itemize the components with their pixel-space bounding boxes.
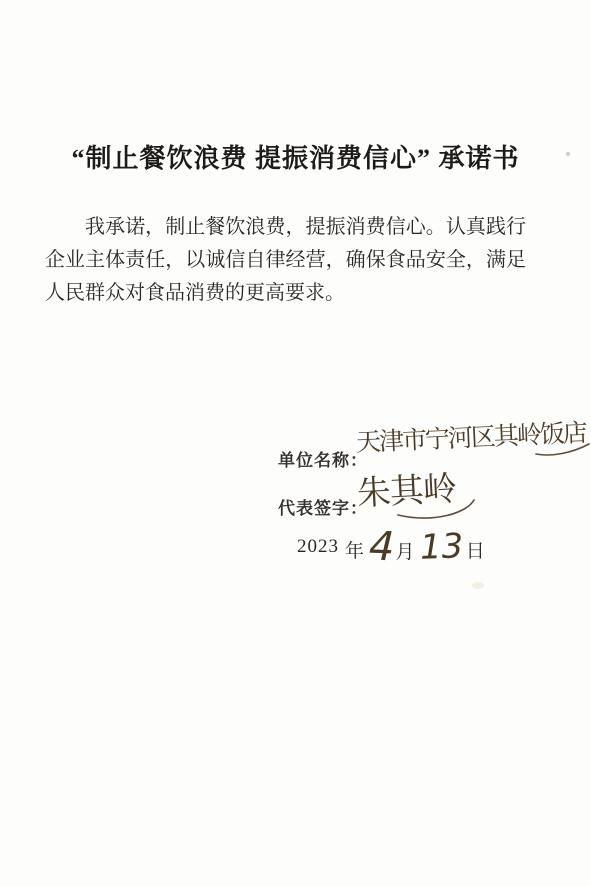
representative-signature-label: 代表签字： bbox=[278, 494, 368, 519]
date-year-unit: 年 bbox=[345, 536, 365, 563]
date-month-unit: 月 bbox=[395, 537, 415, 564]
scanned-pledge-document: “制止餐饮浪费 提振消费信心” 承诺书 我承诺，制止餐饮浪费，提振消费信心。认真… bbox=[0, 0, 591, 886]
document-title: “制止餐饮浪费 提振消费信心” 承诺书 bbox=[0, 138, 591, 175]
date-day-unit: 日 bbox=[466, 536, 486, 563]
scan-speckle bbox=[472, 582, 484, 589]
date-month-handwritten: 4 bbox=[368, 527, 395, 568]
date-line: 2023 年 4 月 13 日 bbox=[297, 527, 486, 567]
date-year: 2023 bbox=[297, 536, 339, 558]
unit-name-handwritten: 天津市宁河区其岭饭店 bbox=[355, 420, 586, 455]
representative-signature-handwritten: 朱其岭 bbox=[356, 472, 457, 511]
unit-name-label: 单位名称： bbox=[278, 446, 368, 471]
date-day-handwritten: 13 bbox=[420, 529, 464, 564]
pledge-paragraph: 我承诺，制止餐饮浪费，提振消费信心。认真践行企业主体责任，以诚信自律经营，确保食… bbox=[45, 211, 526, 310]
